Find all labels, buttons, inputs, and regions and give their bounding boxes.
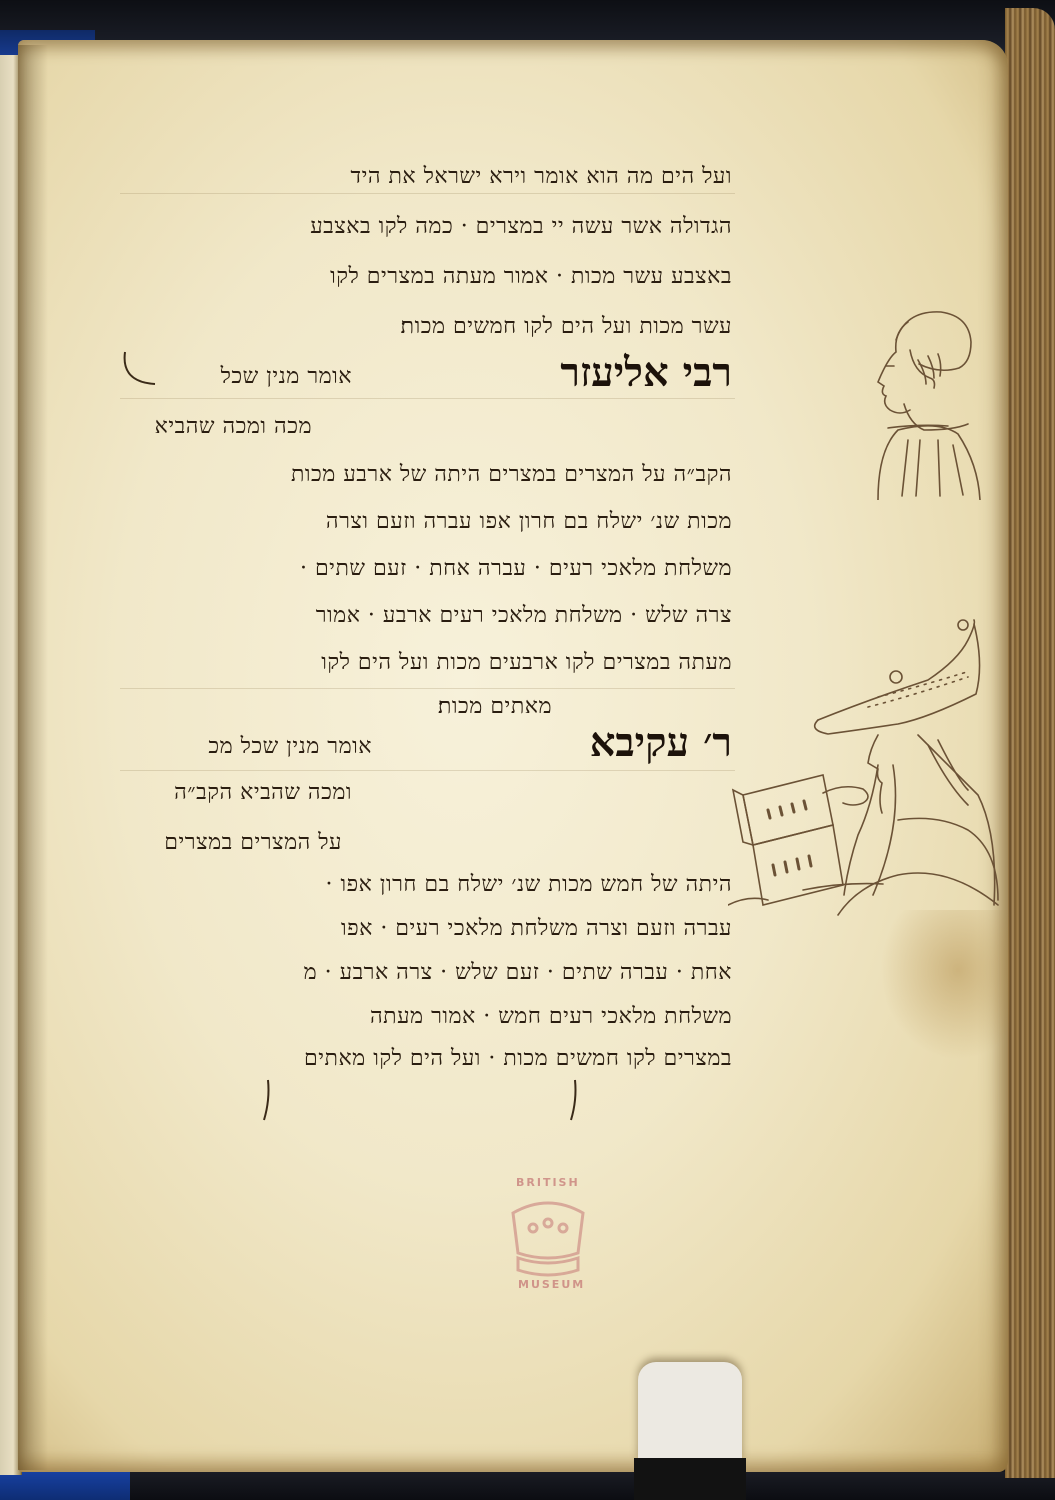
bookmark-ribbon (638, 1362, 742, 1500)
rabbi-akiva-portrait-icon (728, 615, 1018, 925)
bookmark-white-tab (638, 1362, 742, 1462)
stamp-bottom-text: MUSEUM (518, 1278, 585, 1291)
bookmark-black-tab (634, 1458, 746, 1500)
british-museum-stamp: BRITISH MUSEUM (478, 1168, 618, 1298)
rabbi-eliezer-portrait-icon (848, 300, 983, 500)
stamp-top-text: BRITISH (516, 1176, 580, 1189)
